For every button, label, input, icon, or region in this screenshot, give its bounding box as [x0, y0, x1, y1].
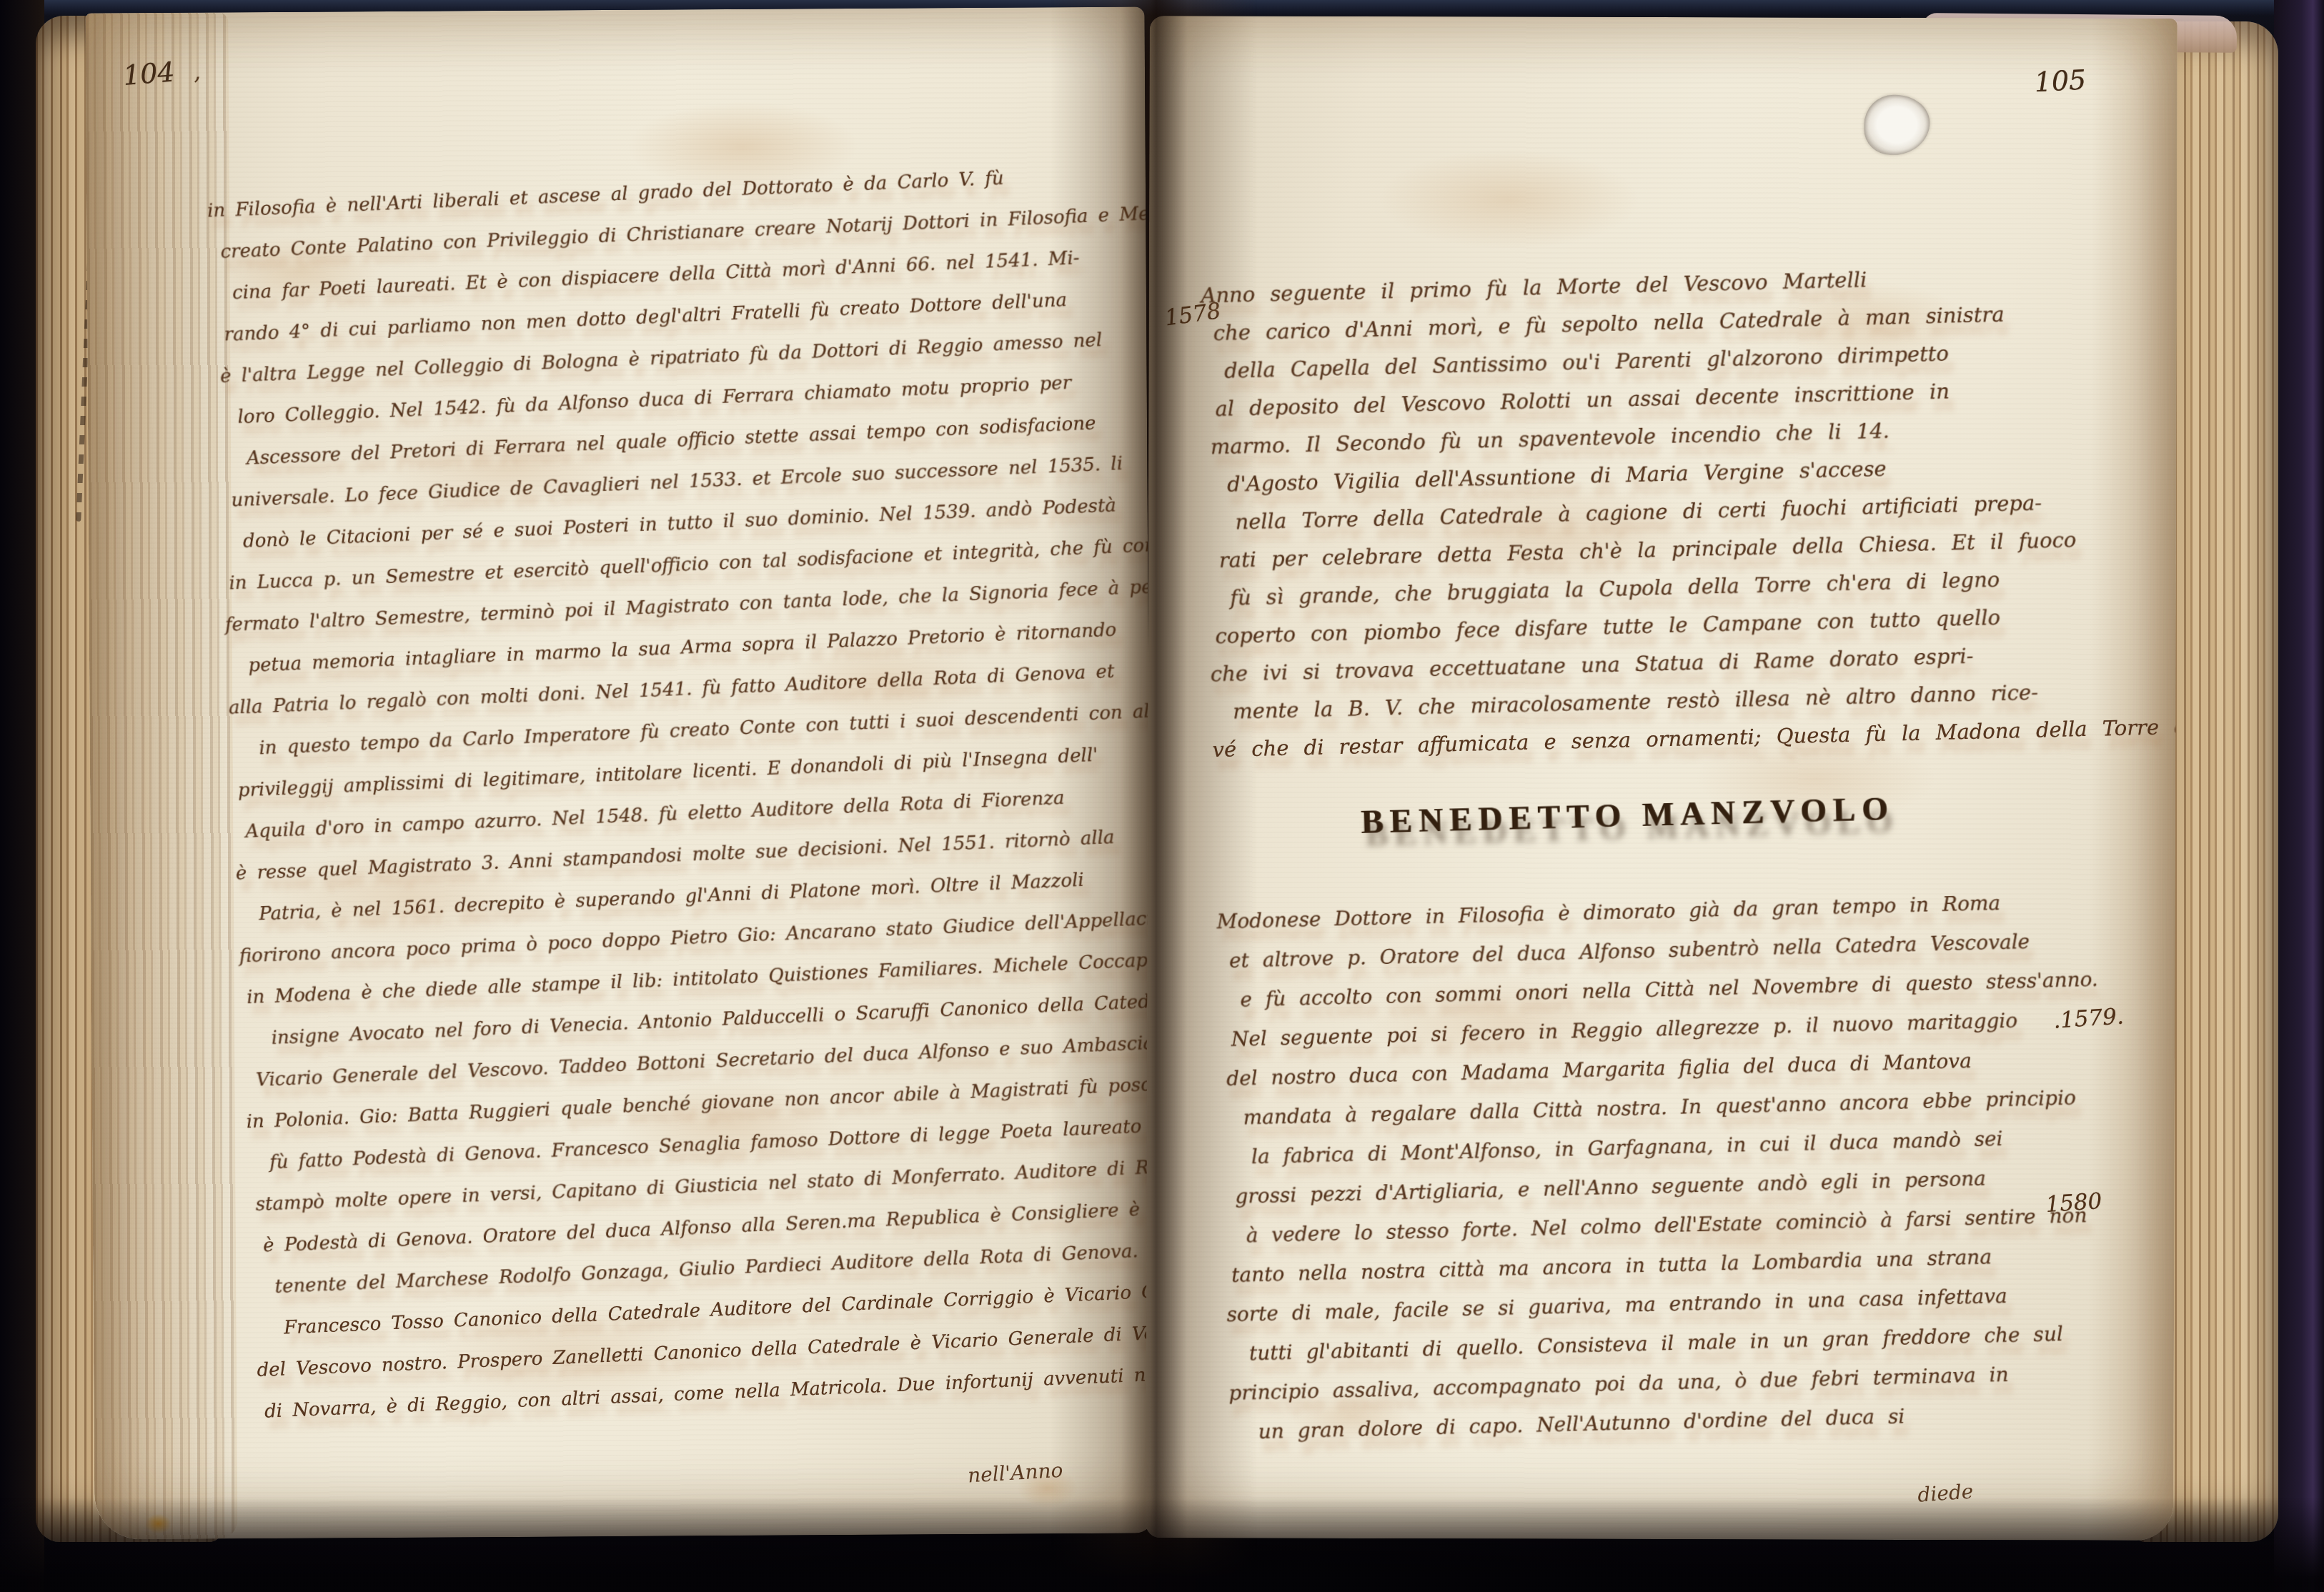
entry-paragraph-2: Modonese Dottore in Filosofia è dimorato… [1216, 880, 2116, 1453]
page-number-value: 105 [2034, 64, 2087, 99]
page-number-value: 104 [121, 56, 176, 91]
page-number: 104, [121, 54, 201, 91]
page-number: 105 [2034, 64, 2087, 99]
catchword: nell'Anno [967, 1458, 1063, 1488]
left-page: 104, in Filosofia è nell'Arti liberali e… [85, 6, 1153, 1539]
paper-repair-patch [1864, 95, 1930, 155]
catchword: diede [1917, 1479, 1974, 1506]
right-page: 105 1578 .1579. 1580 Anno seguente il pr… [1146, 16, 2177, 1541]
book-cover-right [2274, 0, 2324, 1592]
manuscript-book-photo: 104, in Filosofia è nell'Arti liberali e… [0, 0, 2324, 1592]
entry-paragraph-1: Anno seguente il primo fù la Morte del V… [1201, 255, 2099, 770]
manuscript-text-block: Anno seguente il primo fù la Morte del V… [1201, 255, 2116, 1453]
entry-heading: BENEDETTO MANZVOLO [1361, 785, 2101, 842]
manuscript-text-block: in Filosofia è nell'Arti liberali et asc… [207, 151, 1153, 1433]
